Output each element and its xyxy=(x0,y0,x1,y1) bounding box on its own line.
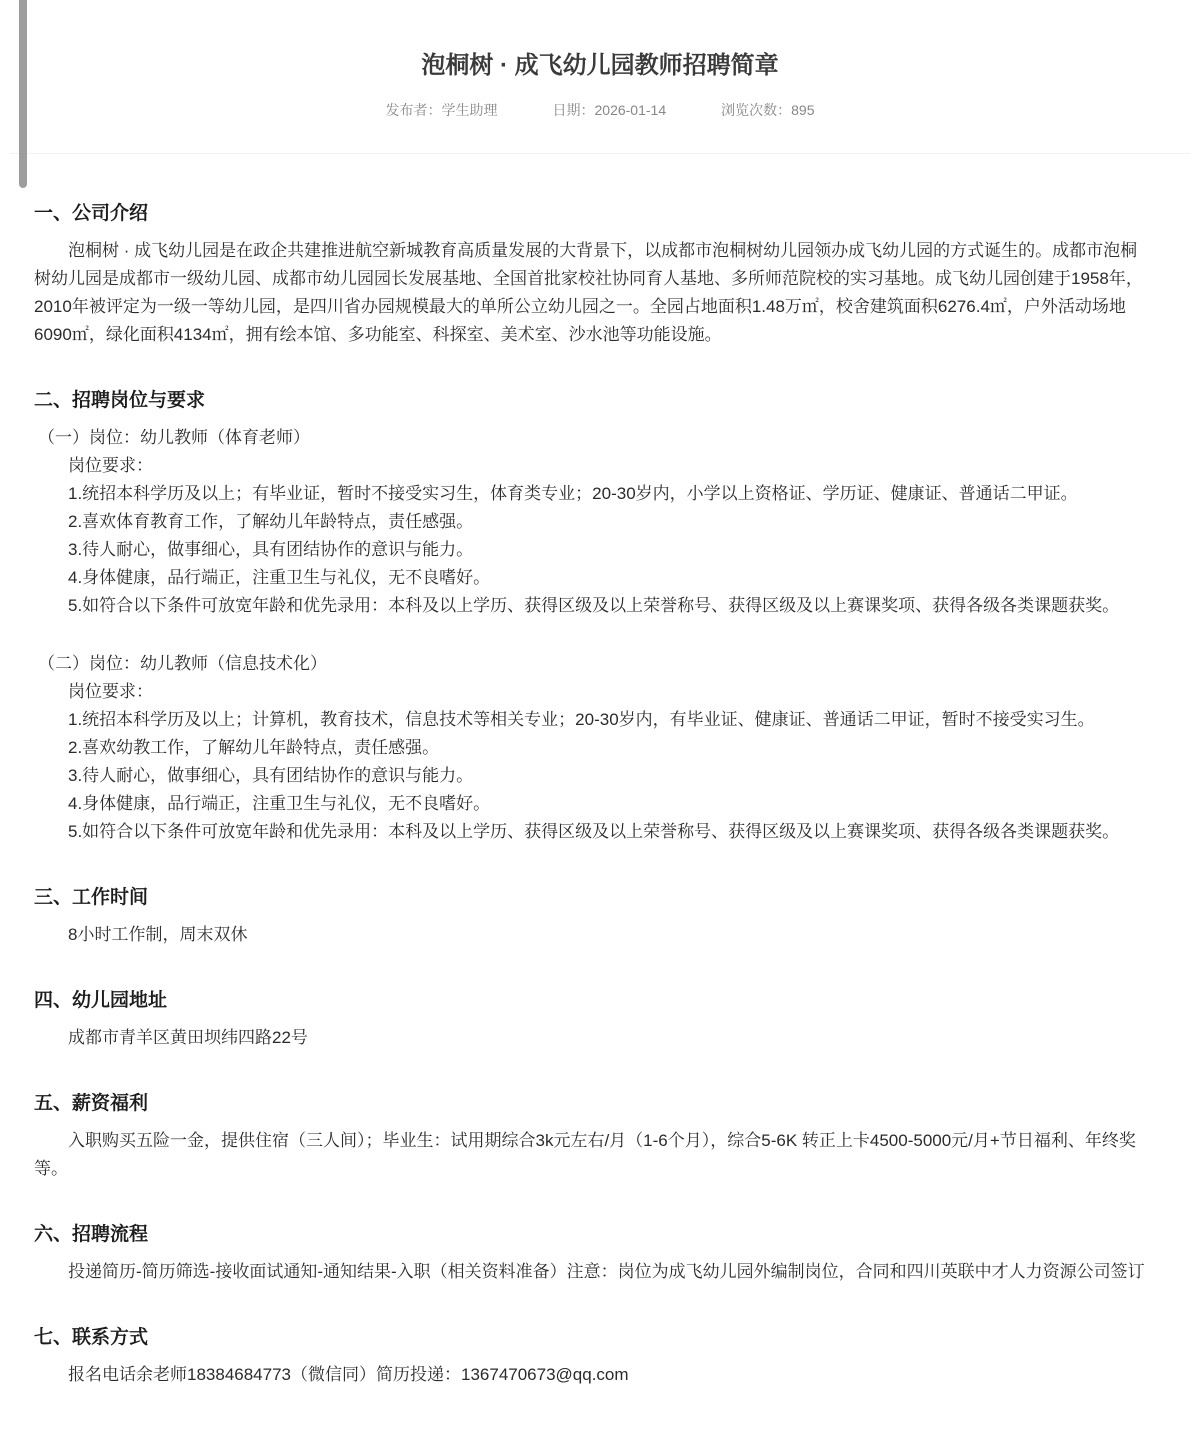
page-title: 泡桐树 · 成飞幼儿园教师招聘简章 xyxy=(10,50,1190,82)
meta-view-count: 浏览次数：895 xyxy=(721,100,814,120)
section-work-time: 三、工作时间 8小时工作制，周末双休 xyxy=(34,884,1154,949)
job-title-it: （二）岗位：幼儿教师（信息技术化） xyxy=(34,650,1154,678)
requirement-item: 5.如符合以下条件可放宽年龄和优先录用：本科及以上学历、获得区级及以上荣誉称号、… xyxy=(68,818,1154,846)
job-requirements-label-it: 岗位要求： xyxy=(68,678,1154,706)
section-heading-work-time: 三、工作时间 xyxy=(34,884,1154,912)
section-heading-address: 四、幼儿园地址 xyxy=(34,987,1154,1015)
process-text: 投递简历-简历筛选-接收面试通知-通知结果-入职（相关资料准备）注意：岗位为成飞… xyxy=(34,1258,1154,1286)
left-scrollbar-thumb[interactable] xyxy=(19,0,27,188)
requirement-item: 4.身体健康，品行端正，注重卫生与礼仪，无不良嗜好。 xyxy=(68,564,1154,592)
section-company-intro: 一、公司介绍 泡桐树 · 成飞幼儿园是在政企共建推进航空新城教育高质量发展的大背… xyxy=(34,200,1154,349)
requirement-item: 1.统招本科学历及以上；有毕业证，暂时不接受实习生，体育类专业；20-30岁内，… xyxy=(68,480,1154,508)
requirement-item: 1.统招本科学历及以上；计算机，教育技术，信息技术等相关专业；20-30岁内，有… xyxy=(68,706,1154,734)
work-time-text: 8小时工作制，周末双休 xyxy=(34,921,1154,949)
job-sports-teacher: （一）岗位：幼儿教师（体育老师） 岗位要求： 1.统招本科学历及以上；有毕业证，… xyxy=(34,424,1154,620)
section-heading-positions: 二、招聘岗位与要求 xyxy=(34,387,1154,415)
requirement-item: 2.喜欢体育教育工作，了解幼儿年龄特点，责任感强。 xyxy=(68,508,1154,536)
job-requirements-label-sports: 岗位要求： xyxy=(68,452,1154,480)
job-posting-page: 泡桐树 · 成飞幼儿园教师招聘简章 发布者：学生助理 日期：2026-01-14… xyxy=(0,0,1200,1449)
section-heading-contact: 七、联系方式 xyxy=(34,1324,1154,1352)
requirement-item: 3.待人耐心，做事细心，具有团结协作的意识与能力。 xyxy=(68,762,1154,790)
section-process: 六、招聘流程 投递简历-简历筛选-接收面试通知-通知结果-入职（相关资料准备）注… xyxy=(34,1221,1154,1286)
requirement-item: 5.如符合以下条件可放宽年龄和优先录用：本科及以上学历、获得区级及以上荣誉称号、… xyxy=(68,592,1154,620)
section-heading-salary: 五、薪资福利 xyxy=(34,1090,1154,1118)
job-it-teacher: （二）岗位：幼儿教师（信息技术化） 岗位要求： 1.统招本科学历及以上；计算机，… xyxy=(34,650,1154,846)
address-text: 成都市青羊区黄田坝纬四路22号 xyxy=(34,1024,1154,1052)
section-contact: 七、联系方式 报名电话余老师18384684773（微信同）简历投递：13674… xyxy=(34,1324,1154,1389)
requirement-item: 4.身体健康，品行端正，注重卫生与礼仪，无不良嗜好。 xyxy=(68,790,1154,818)
salary-text: 入职购买五险一金，提供住宿（三人间）；毕业生：试用期综合3k元左右/月（1-6个… xyxy=(34,1127,1154,1183)
requirement-item: 3.待人耐心，做事细心，具有团结协作的意识与能力。 xyxy=(68,536,1154,564)
meta-date: 日期：2026-01-14 xyxy=(553,100,667,120)
job-title-sports: （一）岗位：幼儿教师（体育老师） xyxy=(34,424,1154,452)
section-address: 四、幼儿园地址 成都市青羊区黄田坝纬四路22号 xyxy=(34,987,1154,1052)
section-heading-process: 六、招聘流程 xyxy=(34,1221,1154,1249)
requirement-item: 2.喜欢幼教工作，了解幼儿年龄特点，责任感强。 xyxy=(68,734,1154,762)
meta-publisher: 发布者：学生助理 xyxy=(386,100,498,120)
contact-text: 报名电话余老师18384684773（微信同）简历投递：1367470673@q… xyxy=(34,1361,1154,1389)
meta-row: 发布者：学生助理 日期：2026-01-14 浏览次数：895 xyxy=(10,100,1190,120)
page-header: 泡桐树 · 成飞幼儿园教师招聘简章 发布者：学生助理 日期：2026-01-14… xyxy=(10,0,1190,154)
posting-content: 一、公司介绍 泡桐树 · 成飞幼儿园是在政企共建推进航空新城教育高质量发展的大背… xyxy=(0,154,1200,1449)
section-salary: 五、薪资福利 入职购买五险一金，提供住宿（三人间）；毕业生：试用期综合3k元左右… xyxy=(34,1090,1154,1183)
section-positions: 二、招聘岗位与要求 （一）岗位：幼儿教师（体育老师） 岗位要求： 1.统招本科学… xyxy=(34,387,1154,846)
section-heading-company: 一、公司介绍 xyxy=(34,200,1154,228)
company-intro-paragraph: 泡桐树 · 成飞幼儿园是在政企共建推进航空新城教育高质量发展的大背景下，以成都市… xyxy=(34,237,1154,349)
